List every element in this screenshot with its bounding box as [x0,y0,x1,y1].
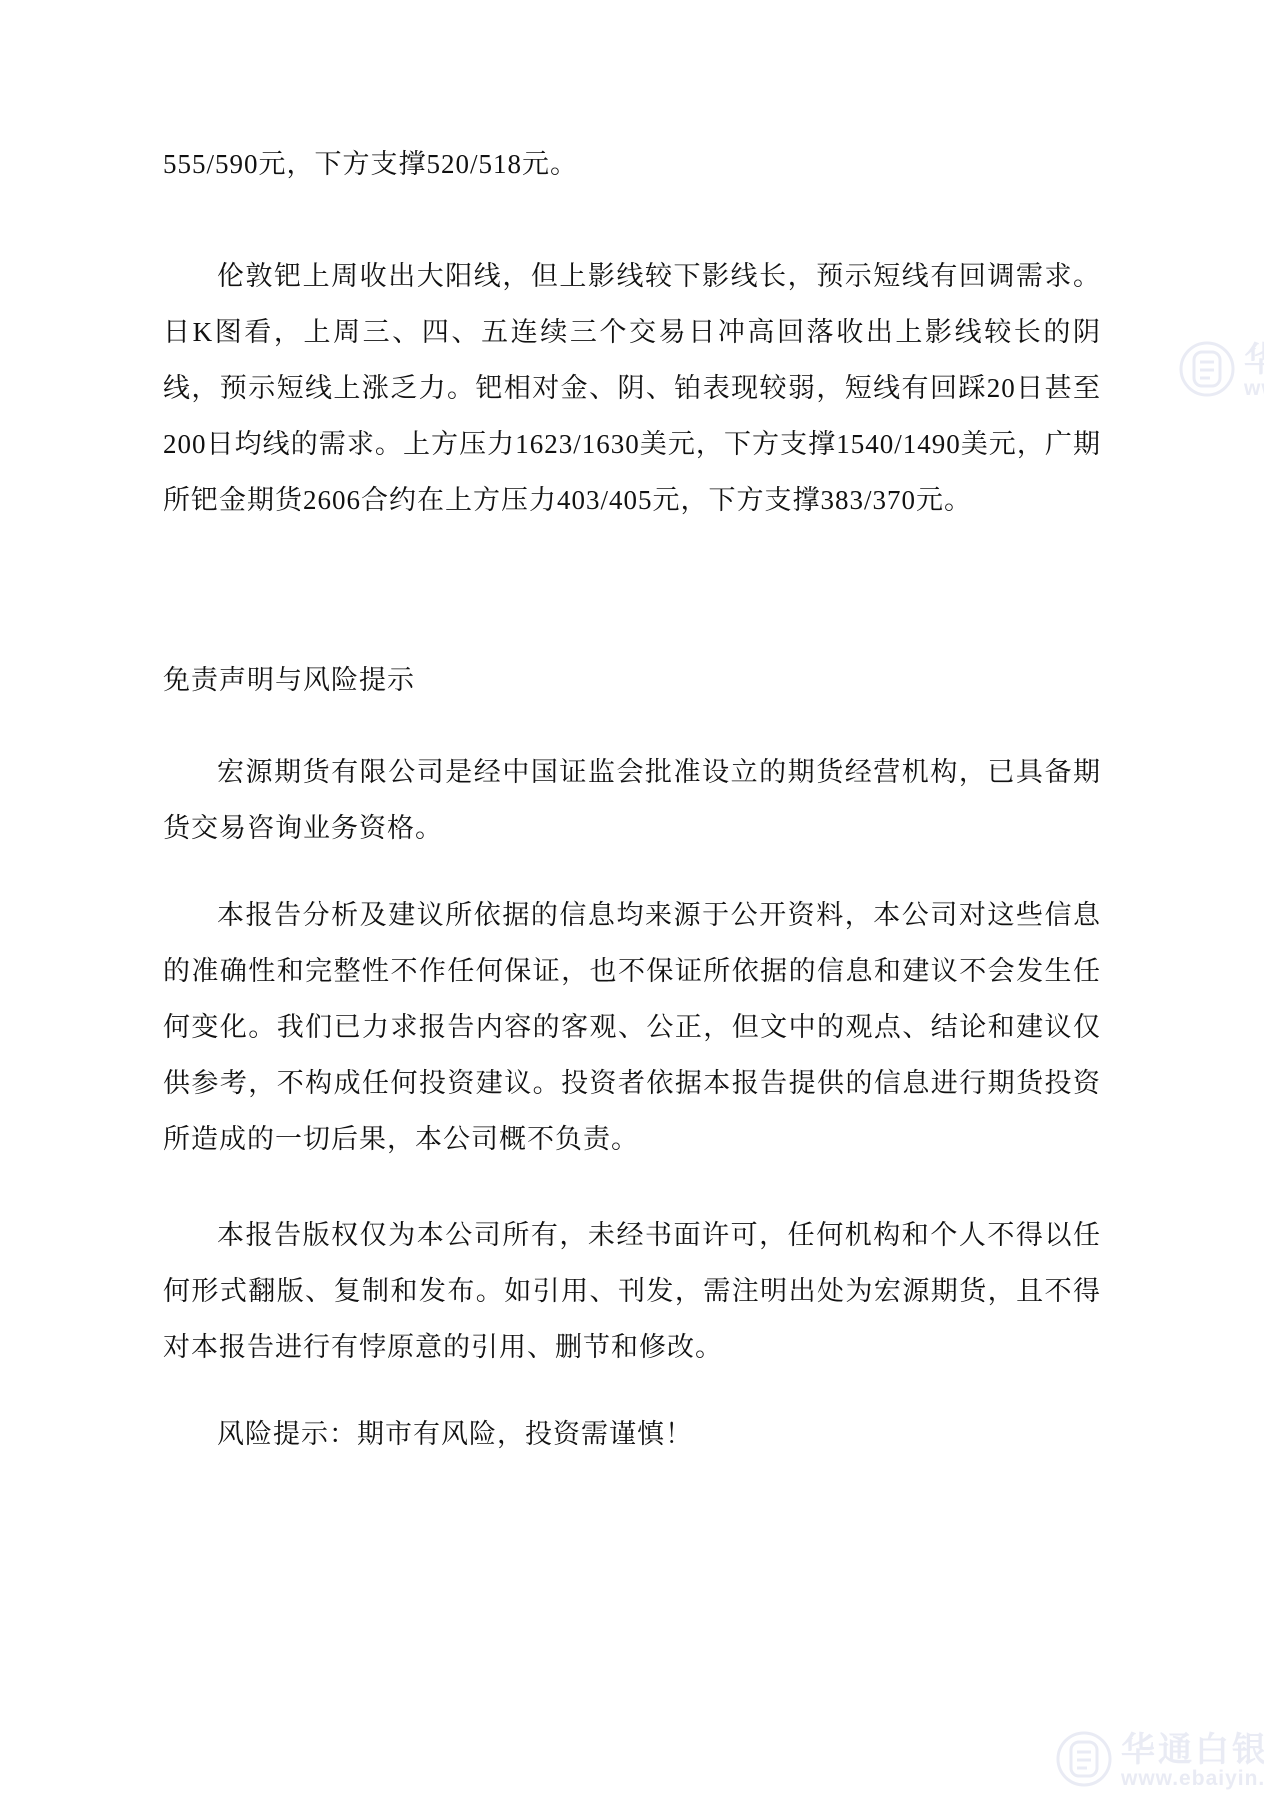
watermark-site-name: 华通白银网 [1244,343,1264,379]
paragraph-information-disclaimer: 本报告分析及建议所依据的信息均来源于公开资料，本公司对这些信息的准确性和完整性不… [163,887,1101,1167]
paragraph-palladium-analysis: 伦敦钯上周收出大阳线，但上影线较下影线长，预示短线有回调需求。日K图看，上周三、… [163,248,1101,528]
paragraph-copyright-notice: 本报告版权仅为本公司所有，未经书面许可，任何机构和个人不得以任何形式翻版、复制和… [163,1207,1101,1375]
site-logo-icon [1055,1728,1113,1795]
paragraph-risk-warning: 风险提示：期市有风险，投资需谨慎！ [163,1406,1101,1462]
site-logo-icon [1178,338,1236,405]
document-page: 555/590元，下方支撑520/518元。 伦敦钯上周收出大阳线，但上影线较下… [0,0,1264,1808]
document-body: 555/590元，下方支撑520/518元。 伦敦钯上周收出大阳线，但上影线较下… [163,136,1101,1462]
site-watermark-mid: 华通白银网 www.ebaiyin.com [1178,338,1264,405]
watermark-site-name: 华通白银网 [1121,1733,1264,1769]
site-watermark-bottom: 华通白银网 www.ebaiyin.com [1055,1728,1264,1795]
watermark-site-url: www.ebaiyin.com [1121,1768,1264,1790]
disclaimer-heading: 免责声明与风险提示 [163,652,1101,708]
paragraph-support-levels: 555/590元，下方支撑520/518元。 [163,136,1101,192]
paragraph-company-qualification: 宏源期货有限公司是经中国证监会批准设立的期货经营机构，已具备期货交易咨询业务资格… [163,744,1101,856]
watermark-site-url: www.ebaiyin.com [1244,378,1264,400]
